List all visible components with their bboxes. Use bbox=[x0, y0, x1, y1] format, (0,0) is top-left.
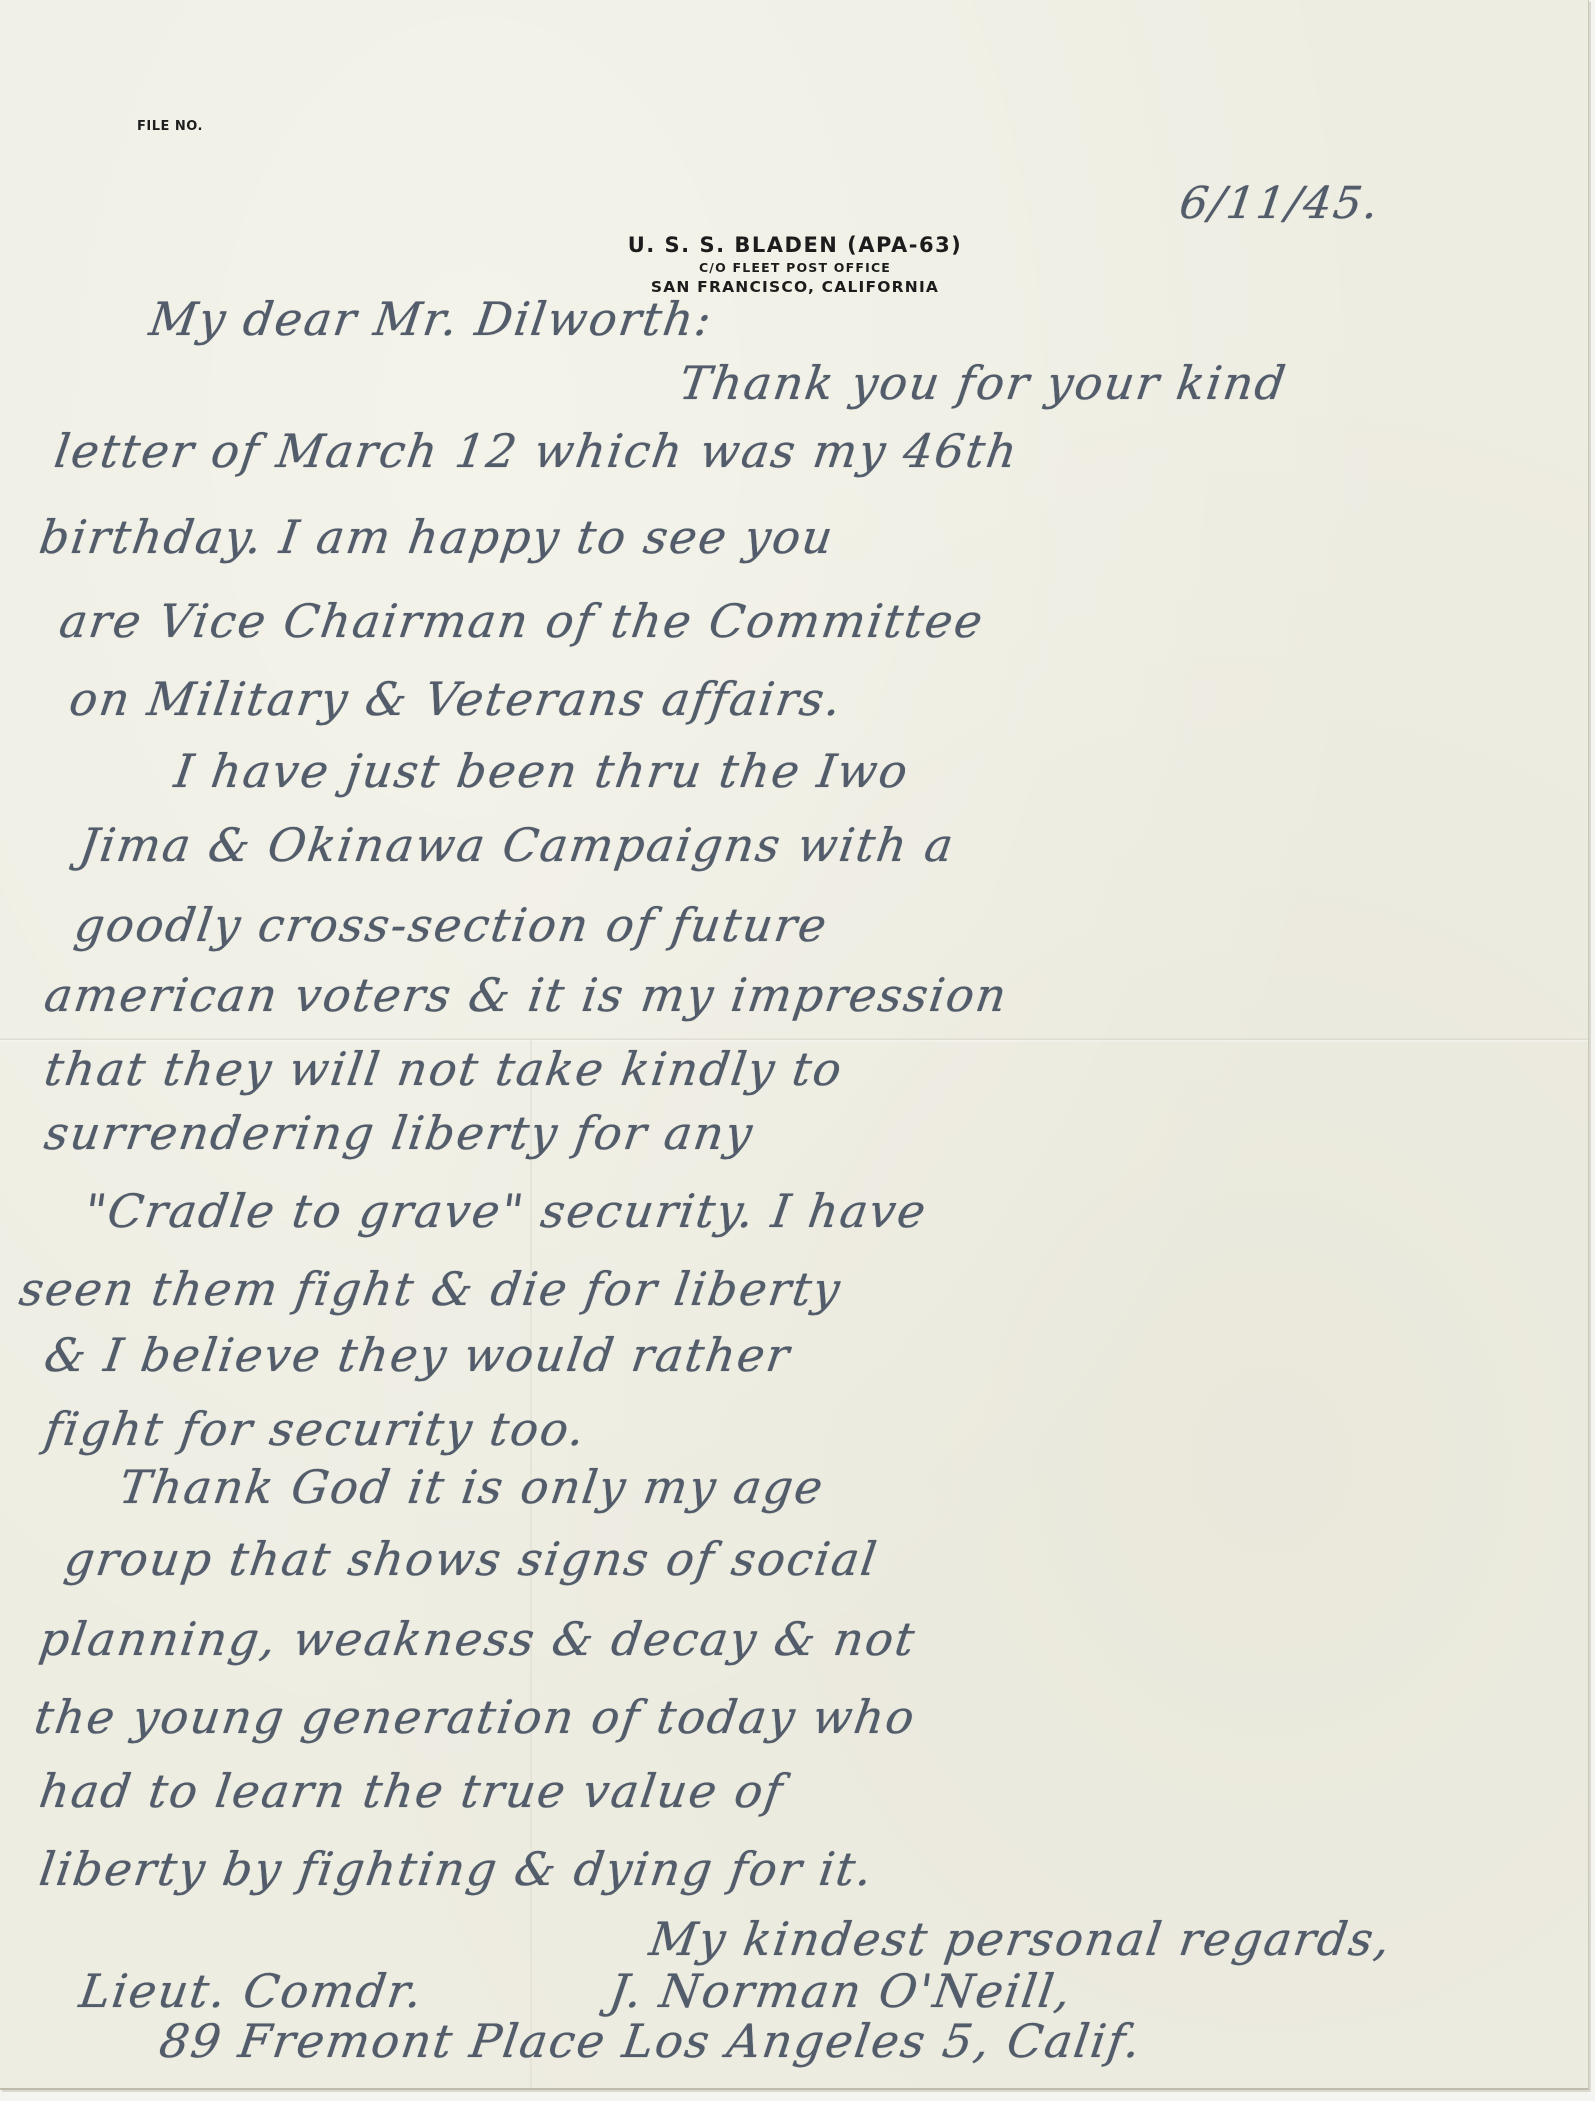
body-line: Thank you for your kind bbox=[676, 356, 1290, 410]
body-line: Jima & Okinawa Campaigns with a bbox=[76, 818, 958, 872]
file-no-label: FILE NO. bbox=[137, 119, 203, 134]
body-line: "Cradle to grave" security. I have bbox=[81, 1184, 931, 1238]
body-line: birthday. I am happy to see you bbox=[36, 510, 838, 564]
signature-title: Lieut. Comdr. bbox=[76, 1964, 427, 2018]
body-line: Thank God it is only my age bbox=[116, 1460, 828, 1514]
body-line: that they will not take kindly to bbox=[41, 1042, 847, 1096]
body-line: & I believe they would rather bbox=[41, 1328, 794, 1382]
letter-date: 6/11/45. bbox=[1176, 178, 1383, 229]
body-line: goodly cross-section of future bbox=[71, 898, 831, 952]
body-line: fight for security too. bbox=[41, 1402, 590, 1456]
body-line: on Military & Veterans affairs. bbox=[66, 672, 846, 726]
body-line: liberty by fighting & dying for it. bbox=[36, 1842, 877, 1896]
body-line: letter of March 12 which was my 46th bbox=[51, 424, 1022, 478]
body-line: surrendering liberty for any bbox=[41, 1106, 757, 1160]
closing: My kindest personal regards, bbox=[646, 1912, 1395, 1966]
body-line: the young generation of today who bbox=[31, 1690, 919, 1744]
return-address: 89 Fremont Place Los Angeles 5, Calif. bbox=[156, 2014, 1145, 2068]
letterhead: U. S. S. BLADEN (APA-63) C/O FLEET POST … bbox=[560, 232, 1030, 297]
body-line: seen them fight & die for liberty bbox=[16, 1262, 845, 1316]
ship-name: U. S. S. BLADEN (APA-63) bbox=[560, 232, 1030, 259]
body-line: had to learn the true value of bbox=[36, 1764, 787, 1818]
body-line: I have just been thru the Iwo bbox=[171, 744, 913, 798]
body-line: american voters & it is my impression bbox=[41, 968, 1011, 1022]
letter-page: FILE NO. U. S. S. BLADEN (APA-63) C/O FL… bbox=[0, 0, 1589, 2090]
salutation: My dear Mr. Dilworth: bbox=[146, 292, 716, 346]
body-line: are Vice Chairman of the Committee bbox=[56, 594, 987, 648]
signature-name: J. Norman O'Neill, bbox=[606, 1964, 1076, 2018]
care-of-line: C/O FLEET POST OFFICE bbox=[560, 259, 1030, 277]
body-line: planning, weakness & decay & not bbox=[36, 1612, 919, 1666]
body-line: group that shows signs of social bbox=[61, 1532, 881, 1586]
